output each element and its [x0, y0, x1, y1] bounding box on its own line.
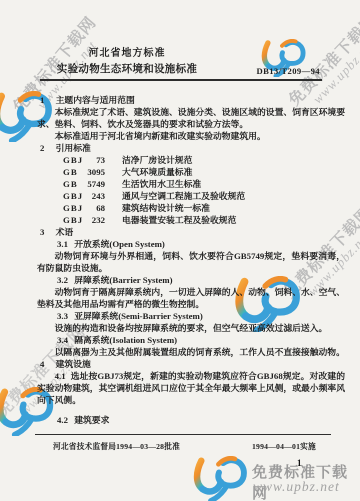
section-title: 建筑设施	[56, 359, 91, 369]
section-4-heading: 4 建筑设施	[37, 358, 345, 370]
subsection-number: 3.2	[57, 275, 68, 285]
reference-number: 68	[87, 202, 105, 214]
section-number: 2	[40, 143, 44, 153]
document-page: 免费标准下载网 www.upbz.net 免费标准下载网 www.upbz.ne…	[0, 0, 360, 501]
reference-number: 73	[87, 154, 105, 166]
reference-row: GB 3095 大气环境质量标准	[37, 166, 345, 178]
subsection-3-2-heading: 3.2 屏障系统(Barrier System)	[57, 274, 345, 286]
section-number: 4	[40, 359, 44, 369]
paragraph: 动物饲育于隔离屏障系统内，一切进入屏障的人、动物、饲料、水、空气、垫料及其他用品…	[37, 286, 345, 310]
subsection-3-4-heading: 3.4 隔离系统(Isolation System)	[57, 334, 345, 346]
reference-name: 建筑结构设计统一标准	[122, 202, 210, 214]
document-body: 1 主题内容与适用范围 本标准规定了术语、建筑设施、设施分类、设施区域的设置、饲…	[37, 94, 345, 426]
section-3-heading: 3 术语	[37, 226, 345, 238]
reference-row: GBJ 243 通风与空调工程施工及验收规范	[37, 190, 345, 202]
reference-code: GBJ	[63, 154, 87, 166]
subsection-number: 4.2	[57, 415, 68, 425]
reference-code: GB	[63, 166, 87, 178]
subsection-4-1-paragraph: 4.1选址按GBJ73规定，新建的实验动物建筑应符合GBJ68规定。对改建的实验…	[37, 370, 345, 406]
reference-name: 通风与空调工程施工及验收规范	[122, 190, 245, 202]
paragraph: 动物饲育环境与外界相通，饲料、饮水要符合GB5749规定，垫料要消毒，有防鼠防虫…	[37, 250, 345, 274]
implementation-note: 1994—04—01实施	[252, 441, 316, 452]
paragraph: 本标准适用于河北省境内新建和改建实验动物建筑用。	[37, 130, 345, 142]
reference-code: GBJ	[63, 190, 87, 202]
section-title: 主题内容与适用范围	[56, 95, 135, 105]
up-logo-icon	[185, 456, 253, 501]
subsection-number: 3.3	[57, 311, 68, 321]
reference-number: 243	[87, 190, 105, 202]
paragraph: 设施的构造和设备均按屏障系统的要求，但空气经亚高效过滤后送入。	[37, 322, 345, 334]
subsection-title: 亚屏障系统(Semi-Barrier System)	[74, 311, 203, 321]
subsection-title: 隔离系统(Isolation System)	[74, 335, 177, 345]
subsection-title: 屏障系统(Barrier System)	[74, 275, 172, 285]
document-title: 实验动物生态环境和设施标准	[0, 61, 254, 76]
reference-code: GBJ	[63, 214, 87, 226]
standard-number: DB13/T209—94	[256, 66, 320, 76]
reference-row: GB 5749 生活饮用水卫生标准	[37, 178, 345, 190]
reference-name: 电器装置安装工程及验收规范	[122, 214, 236, 226]
subsection-3-1-heading: 3.1 开放系统(Open System)	[57, 238, 345, 250]
subsection-number: 3.4	[57, 335, 68, 345]
brand-site-url: www.upbz.net	[253, 479, 340, 495]
subsection-number: 4.1	[55, 371, 66, 381]
reference-code: GBJ	[63, 202, 87, 214]
subsection-number: 3.1	[57, 239, 68, 249]
subsection-title: 建筑要求	[74, 415, 109, 425]
section-title: 术语	[56, 227, 74, 237]
header-rule	[40, 79, 322, 81]
paragraph-text: 选址按GBJ73规定，新建的实验动物建筑应符合GBJ68规定。对改建的实验动物建…	[37, 371, 345, 405]
subsection-3-3-heading: 3.3 亚屏障系统(Semi-Barrier System)	[57, 310, 345, 322]
section-number: 1	[40, 95, 44, 105]
standard-type-heading: 河北省地方标准	[0, 44, 254, 59]
reference-name: 洁净厂房设计规范	[122, 154, 192, 166]
paragraph: 本标准规定了术语、建筑设施、设施分类、设施区域的设置、饲育区环境要求、垫料、饲料…	[37, 106, 345, 130]
subsection-4-2-heading: 4.2 建筑要求	[57, 414, 345, 426]
page-number: 1	[297, 458, 302, 468]
reference-name: 生活饮用水卫生标准	[122, 178, 201, 190]
reference-number: 5749	[87, 178, 105, 190]
reference-row: GBJ 68 建筑结构设计统一标准	[37, 202, 345, 214]
reference-row: GBJ 73 洁净厂房设计规范	[37, 154, 345, 166]
reference-number: 3095	[87, 166, 105, 178]
reference-name: 大气环境质量标准	[122, 166, 192, 178]
footer-rule	[35, 434, 331, 435]
subsection-title: 开放系统(Open System)	[74, 239, 165, 249]
reference-row: GBJ 232 电器装置安装工程及验收规范	[37, 214, 345, 226]
approval-note: 河北省技术监督局1994—03—28批准	[53, 441, 180, 452]
paragraph: 以隔离器为主及其他附属装置组成的饲育系统，工作人员不直接接触动物。	[37, 346, 345, 358]
reference-code: GB	[63, 178, 87, 190]
section-1-heading: 1 主题内容与适用范围	[37, 94, 345, 106]
section-number: 3	[40, 227, 44, 237]
reference-number: 232	[87, 214, 105, 226]
section-title: 引用标准	[56, 143, 91, 153]
section-2-heading: 2 引用标准	[37, 142, 345, 154]
